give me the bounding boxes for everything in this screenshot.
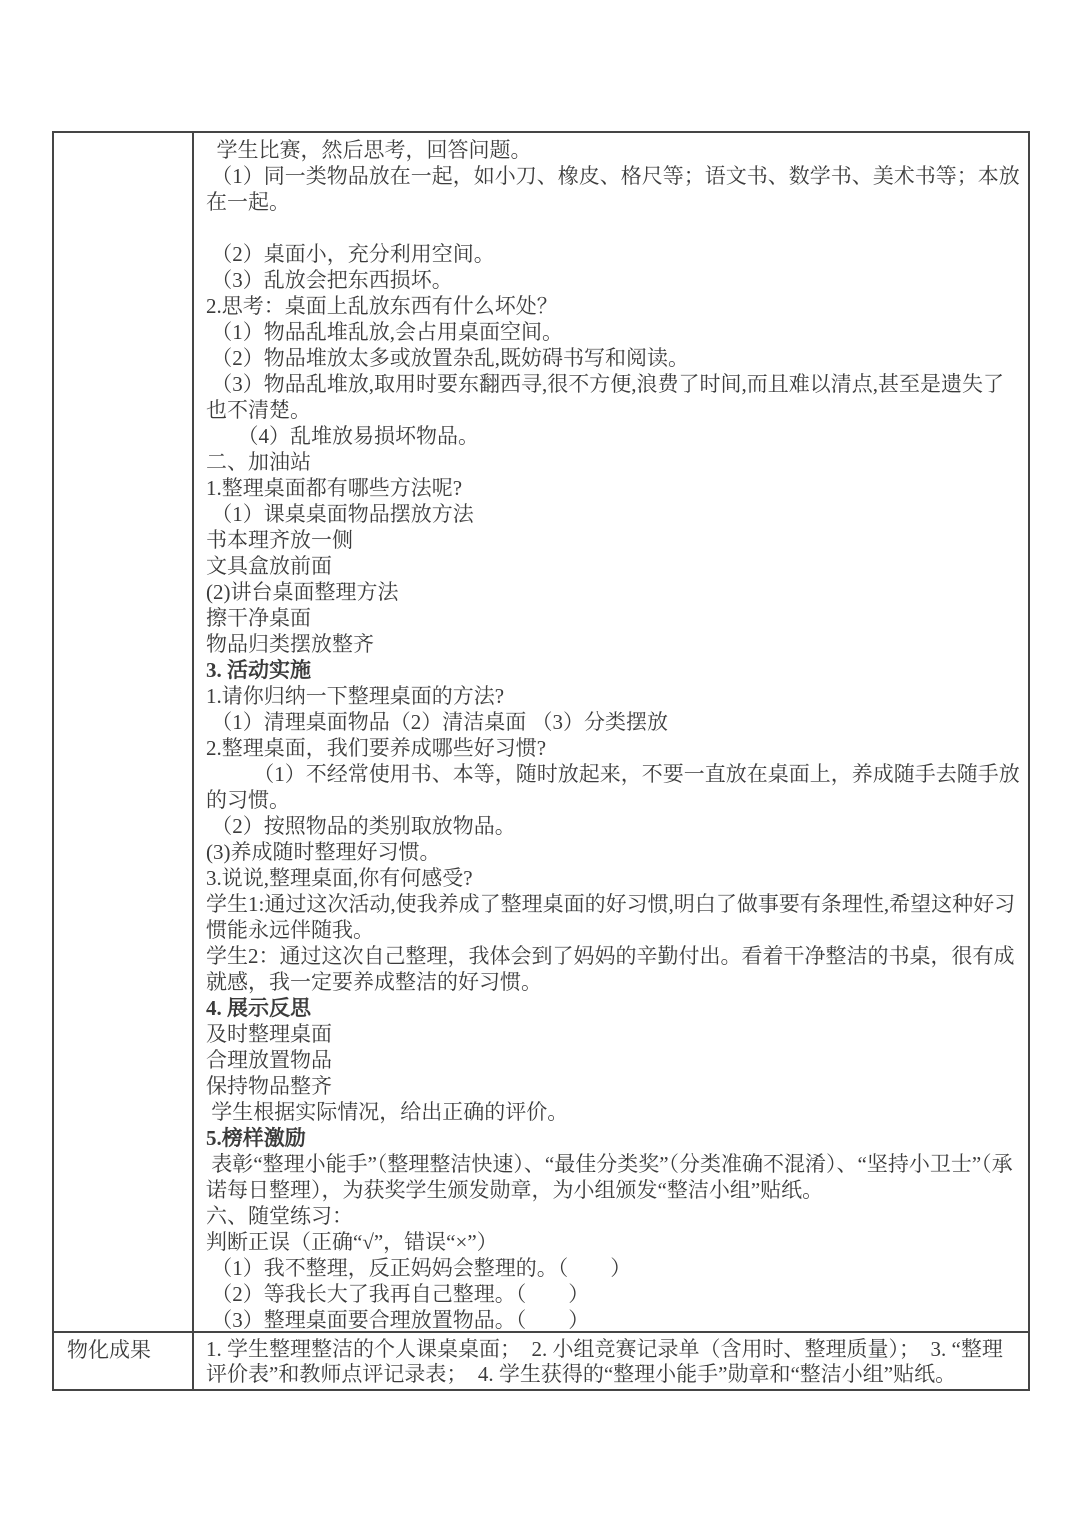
- outcomes-row: 物化成果 1. 学生整理整洁的个人课桌桌面； 2. 小组竞赛记录单（含用时、整理…: [54, 1331, 1028, 1389]
- text-line: 4. 展示反思: [206, 995, 1020, 1021]
- text-line: （2）按照物品的类别取放物品。: [206, 813, 1020, 839]
- text-line: 学生比赛，然后思考，回答问题。: [206, 137, 1020, 163]
- text-line: 2.思考：桌面上乱放东西有什么坏处？: [206, 293, 1020, 319]
- text-line: （2）桌面小，充分利用空间。: [206, 241, 1020, 267]
- text-line: （2）等我长大了我再自己整理。（ ）: [206, 1281, 1020, 1307]
- text-line: 书本理齐放一侧: [206, 527, 1020, 553]
- text-line: （3）乱放会把东西损坏。: [206, 267, 1020, 293]
- text-line: (2)讲台桌面整理方法: [206, 579, 1020, 605]
- text-line: （3）物品乱堆放,取用时要东翻西寻,很不方便,浪费了时间,而且难以清点,甚至是遗…: [206, 371, 1020, 423]
- text-line: 学生根据实际情况，给出正确的评价。: [206, 1099, 1020, 1125]
- text-line: 擦干净桌面: [206, 605, 1020, 631]
- text-line: （2）物品堆放太多或放置杂乱,既妨碍书写和阅读。: [206, 345, 1020, 371]
- text-line: 1.整理桌面都有哪些方法呢?: [206, 475, 1020, 501]
- activity-process-row: 学生比赛，然后思考，回答问题。 （1）同一类物品放在一起，如小刀、橡皮、格尺等；…: [54, 133, 1028, 1331]
- text-line: 文具盒放前面: [206, 553, 1020, 579]
- outcomes-content: 1. 学生整理整洁的个人课桌桌面； 2. 小组竞赛记录单（含用时、整理质量）； …: [206, 1337, 1020, 1387]
- text-line: （1）我不整理，反正妈妈会整理的。（ ）: [206, 1255, 1020, 1281]
- text-line: （1）课桌桌面物品摆放方法: [206, 501, 1020, 527]
- text-line: 保持物品整齐: [206, 1073, 1020, 1099]
- text-line: （3）整理桌面要合理放置物品。（ ）: [206, 1307, 1020, 1331]
- text-line: 1.请你归纳一下整理桌面的方法?: [206, 683, 1020, 709]
- text-line: 学生1:通过这次活动,使我养成了整理桌面的好习惯,明白了做事要有条理性,希望这种…: [206, 891, 1020, 943]
- text-line: 3.说说,整理桌面,你有何感受?: [206, 865, 1020, 891]
- text-line: 及时整理桌面: [206, 1021, 1020, 1047]
- text-line: 二、加油站: [206, 449, 1020, 475]
- text-line: 判断正误（正确“√”，错误“×”）: [206, 1229, 1020, 1255]
- text-line: （4）乱堆放易损坏物品。: [206, 423, 1020, 449]
- outcomes-label: 物化成果: [54, 1333, 194, 1389]
- text-line: 表彰“整理小能手”（整理整洁快速）、“最佳分类奖”（分类准确不混淆）、“坚持小卫…: [206, 1151, 1020, 1203]
- text-line: （1）不经常使用书、本等，随时放起来，不要一直放在桌面上，养成随手去随手放的习惯…: [206, 761, 1020, 813]
- text-line: 5.榜样激励: [206, 1125, 1020, 1151]
- text-line: (3)养成随时整理好习惯。: [206, 839, 1020, 865]
- text-line: 六、随堂练习：: [206, 1203, 1020, 1229]
- text-line: （1）清理桌面物品（2）清洁桌面 （3）分类摆放: [206, 709, 1020, 735]
- activity-process-content-cell: 学生比赛，然后思考，回答问题。 （1）同一类物品放在一起，如小刀、橡皮、格尺等；…: [194, 133, 1028, 1331]
- text-line: 学生2：通过这次自己整理，我体会到了妈妈的辛勤付出。看着干净整洁的书桌，很有成就…: [206, 943, 1020, 995]
- text-line: （1）同一类物品放在一起，如小刀、橡皮、格尺等；语文书、数学书、美术书等；本放在…: [206, 163, 1020, 215]
- activity-process-label-cell: [54, 133, 194, 1331]
- document-page: 学生比赛，然后思考，回答问题。 （1）同一类物品放在一起，如小刀、橡皮、格尺等；…: [0, 0, 1080, 1527]
- text-line: 3. 活动实施: [206, 657, 1020, 683]
- text-line: 2.整理桌面，我们要养成哪些好习惯?: [206, 735, 1020, 761]
- text-line: 物品归类摆放整齐: [206, 631, 1020, 657]
- lesson-plan-table: 学生比赛，然后思考，回答问题。 （1）同一类物品放在一起，如小刀、橡皮、格尺等；…: [52, 131, 1030, 1391]
- text-line: （1）物品乱堆乱放,会占用桌面空间。: [206, 319, 1020, 345]
- text-line: [206, 215, 1020, 241]
- text-line: 合理放置物品: [206, 1047, 1020, 1073]
